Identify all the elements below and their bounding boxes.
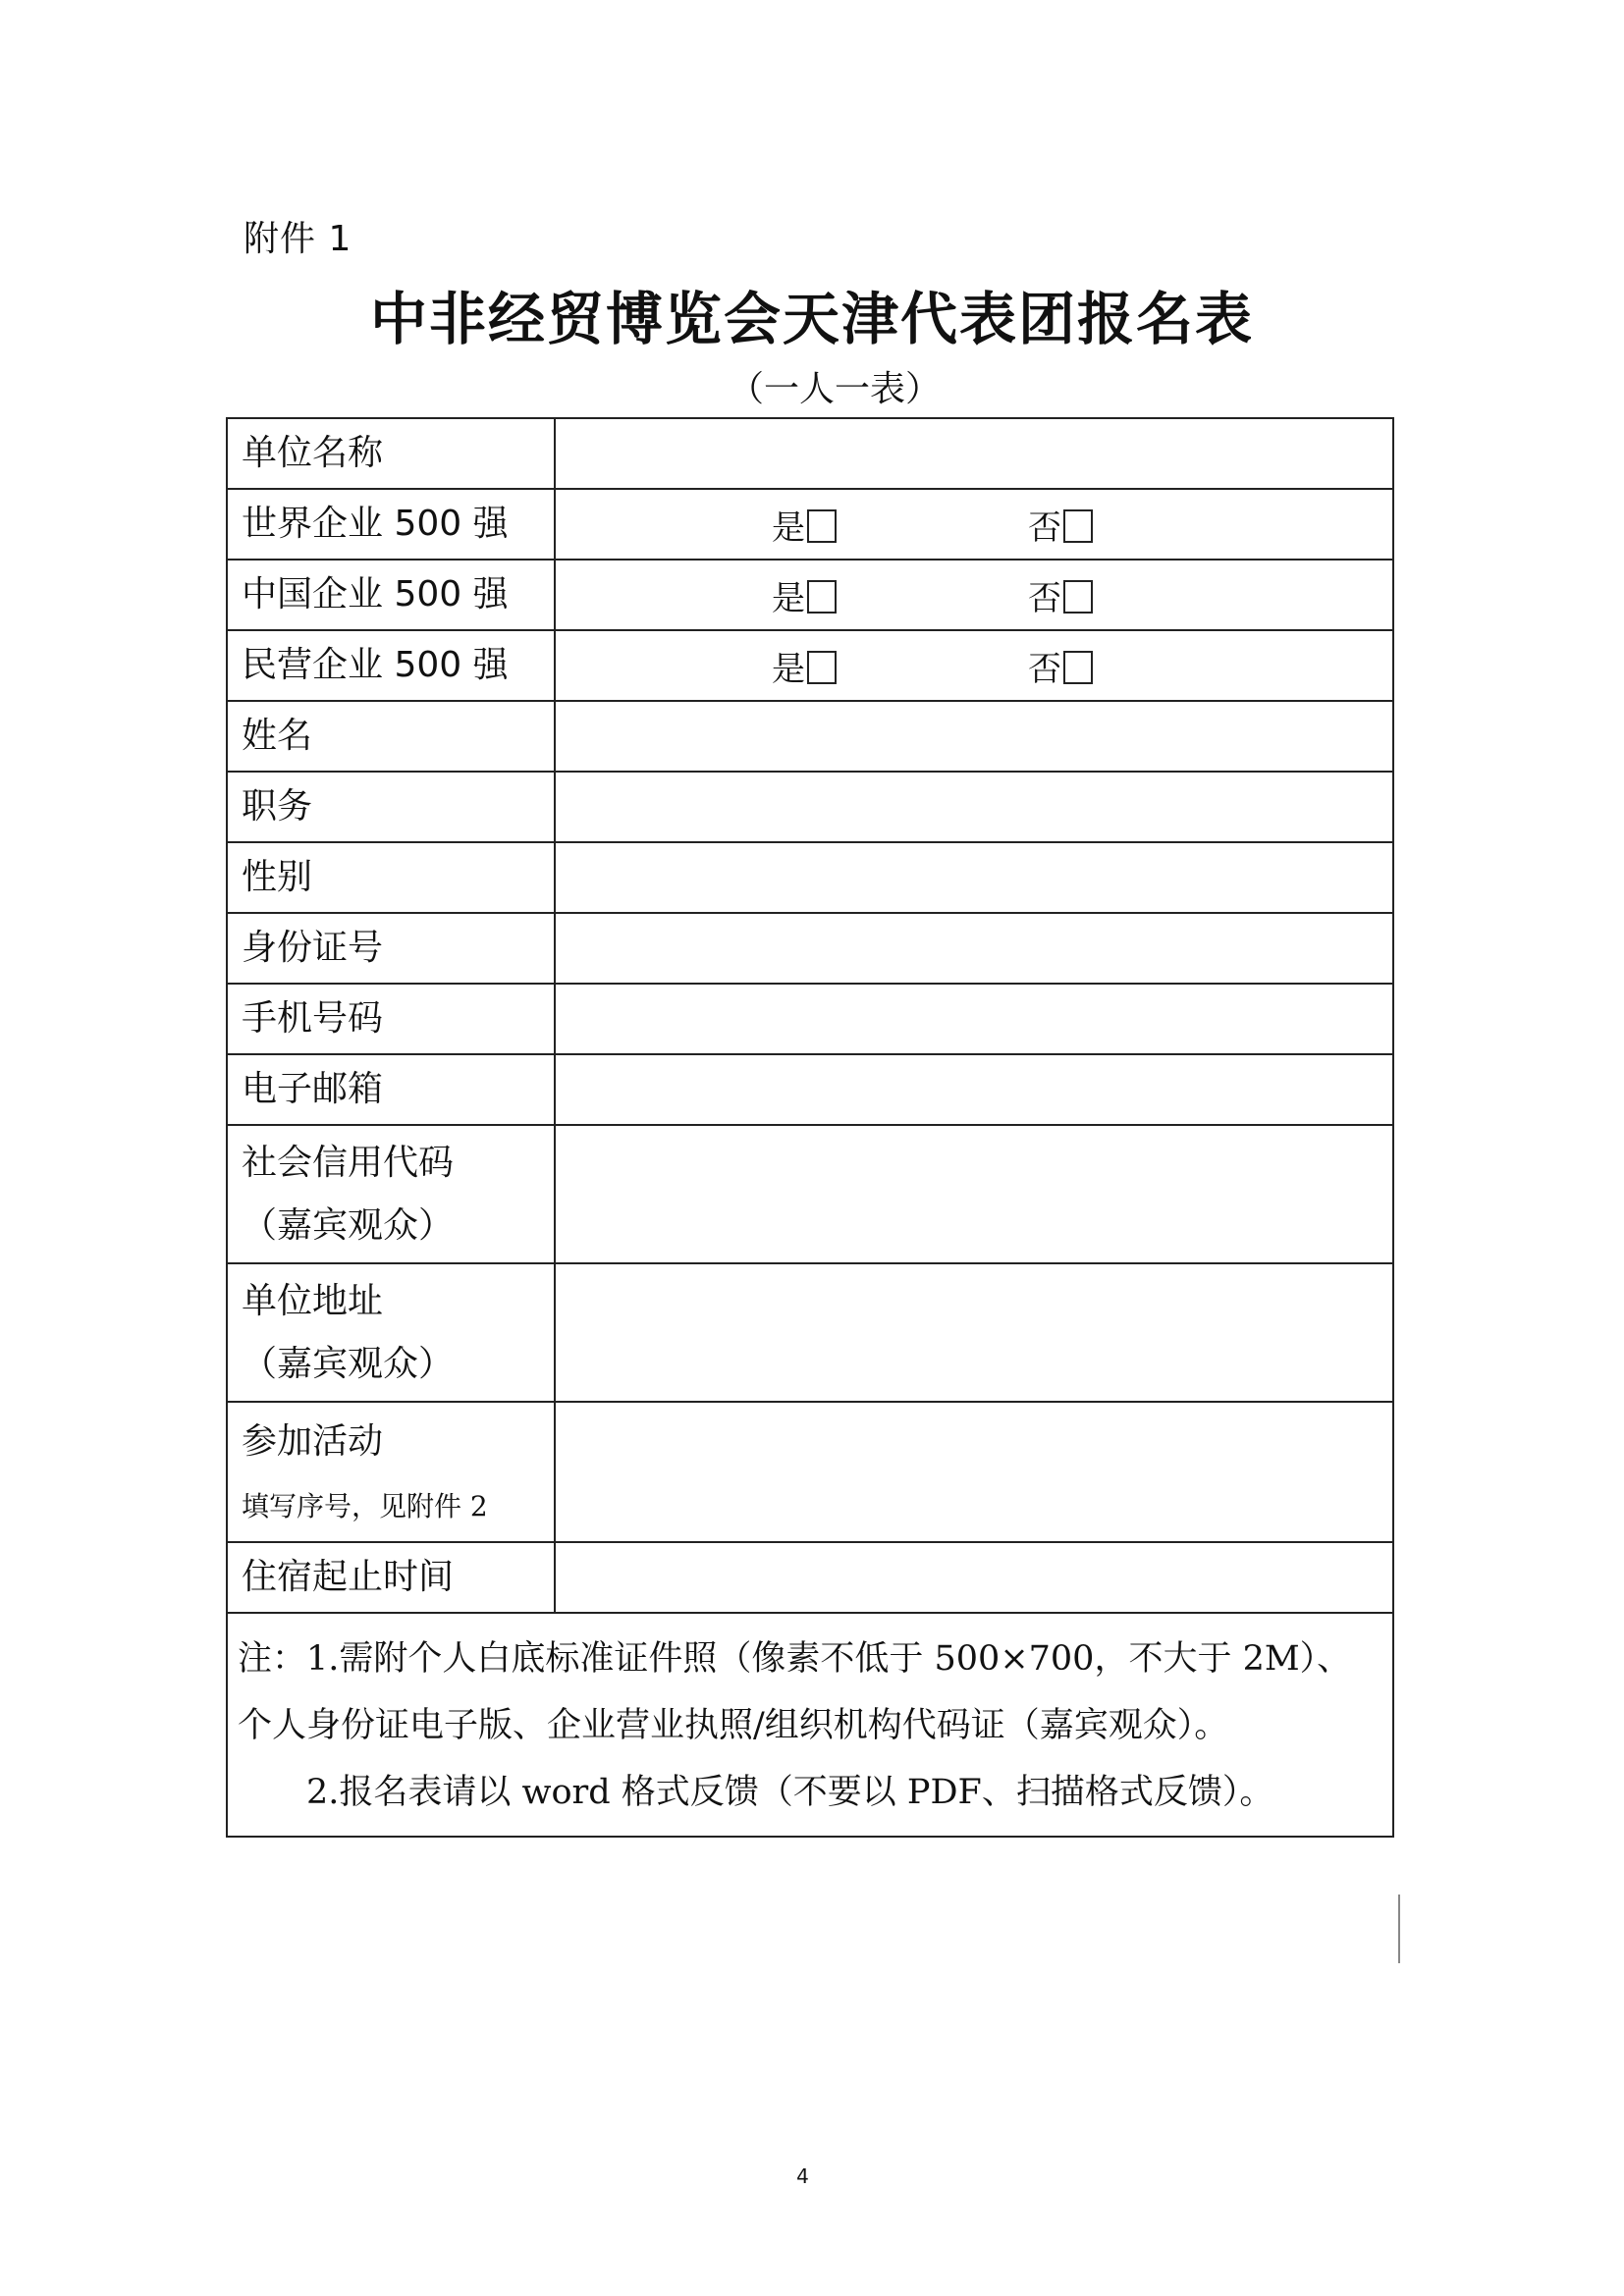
form-row-china-500: 中国企业 500 强 是 否 <box>227 560 1393 630</box>
form-row-private-500: 民营企业 500 强 是 否 <box>227 630 1393 701</box>
phone-field[interactable] <box>555 984 1393 1054</box>
field-label: 住宿起止时间 <box>227 1542 555 1613</box>
form-row-email: 电子邮箱 <box>227 1054 1393 1125</box>
form-row-name: 姓名 <box>227 701 1393 772</box>
field-label: 参加活动 填写序号，见附件 2 <box>227 1402 555 1542</box>
page-number: 4 <box>0 2164 1605 2188</box>
position-field[interactable] <box>555 772 1393 842</box>
note-1: 注：1.需附个人白底标准证件照（像素不低于 500×700，不大于 2M）、个人… <box>238 1626 1379 1759</box>
checkbox-icon[interactable] <box>1063 651 1093 684</box>
form-row-activities: 参加活动 填写序号，见附件 2 <box>227 1402 1393 1542</box>
checkbox-icon[interactable] <box>807 509 837 543</box>
no-option[interactable]: 否 <box>1028 571 1093 619</box>
name-field[interactable] <box>555 701 1393 772</box>
form-row-phone: 手机号码 <box>227 984 1393 1054</box>
unit-name-field[interactable] <box>555 418 1393 489</box>
id-number-field[interactable] <box>555 913 1393 984</box>
field-label: 姓名 <box>227 701 555 772</box>
checkbox-icon[interactable] <box>1063 580 1093 614</box>
no-option[interactable]: 否 <box>1028 642 1093 690</box>
email-field[interactable] <box>555 1054 1393 1125</box>
form-row-gender: 性别 <box>227 842 1393 913</box>
field-label: 单位地址 （嘉宾观众） <box>227 1263 555 1402</box>
yes-option[interactable]: 是 <box>772 571 837 619</box>
page-title: 中非经贸博览会天津代表团报名表 <box>0 273 1624 355</box>
field-label: 单位名称 <box>227 418 555 489</box>
activities-field[interactable] <box>555 1402 1393 1542</box>
form-row-id-number: 身份证号 <box>227 913 1393 984</box>
no-label: 否 <box>1028 650 1061 689</box>
form-row-credit-code: 社会信用代码 （嘉宾观众） <box>227 1125 1393 1263</box>
yes-option[interactable]: 是 <box>772 642 837 690</box>
yes-label: 是 <box>772 508 805 548</box>
notes-row: 注：1.需附个人白底标准证件照（像素不低于 500×700，不大于 2M）、个人… <box>227 1613 1393 1837</box>
field-label-sub: （嘉宾观众） <box>242 1205 554 1246</box>
gender-field[interactable] <box>555 842 1393 913</box>
accommodation-dates-field[interactable] <box>555 1542 1393 1613</box>
china-500-choice: 是 否 <box>555 560 1393 630</box>
form-row-unit-name: 单位名称 <box>227 418 1393 489</box>
field-label: 中国企业 500 强 <box>227 560 555 630</box>
field-label: 手机号码 <box>227 984 555 1054</box>
field-label-main: 社会信用代码 <box>242 1143 554 1183</box>
field-label-sub: （嘉宾观众） <box>242 1344 554 1384</box>
yes-option[interactable]: 是 <box>772 501 837 549</box>
note-2: 2.报名表请以 word 格式反馈（不要以 PDF、扫描格式反馈）。 <box>238 1759 1379 1826</box>
checkbox-icon[interactable] <box>807 651 837 684</box>
field-label-hint: 填写序号，见附件 2 <box>242 1491 554 1522</box>
field-label: 世界企业 500 强 <box>227 489 555 560</box>
unit-address-field[interactable] <box>555 1263 1393 1402</box>
field-label: 民营企业 500 强 <box>227 630 555 701</box>
form-row-position: 职务 <box>227 772 1393 842</box>
field-label: 职务 <box>227 772 555 842</box>
no-label: 否 <box>1028 508 1061 548</box>
form-row-accommodation: 住宿起止时间 <box>227 1542 1393 1613</box>
attachment-label: 附件 1 <box>244 211 352 261</box>
field-label-main: 单位地址 <box>242 1281 554 1321</box>
field-label: 社会信用代码 （嘉宾观众） <box>227 1125 555 1263</box>
field-label-main: 参加活动 <box>242 1421 554 1462</box>
checkbox-icon[interactable] <box>807 580 837 614</box>
checkbox-icon[interactable] <box>1063 509 1093 543</box>
field-label: 电子邮箱 <box>227 1054 555 1125</box>
form-row-unit-address: 单位地址 （嘉宾观众） <box>227 1263 1393 1402</box>
scan-mark <box>1398 1895 1400 1963</box>
field-label: 性别 <box>227 842 555 913</box>
registration-form-table: 单位名称 世界企业 500 强 是 否 中国企业 500 强 是 否 民营企业 … <box>226 417 1394 1838</box>
no-option[interactable]: 否 <box>1028 501 1093 549</box>
credit-code-field[interactable] <box>555 1125 1393 1263</box>
private-500-choice: 是 否 <box>555 630 1393 701</box>
form-row-world-500: 世界企业 500 强 是 否 <box>227 489 1393 560</box>
page-subtitle: （一人一表） <box>0 361 1624 411</box>
notes-cell: 注：1.需附个人白底标准证件照（像素不低于 500×700，不大于 2M）、个人… <box>227 1613 1393 1837</box>
world-500-choice: 是 否 <box>555 489 1393 560</box>
yes-label: 是 <box>772 579 805 618</box>
yes-label: 是 <box>772 650 805 689</box>
no-label: 否 <box>1028 579 1061 618</box>
field-label: 身份证号 <box>227 913 555 984</box>
